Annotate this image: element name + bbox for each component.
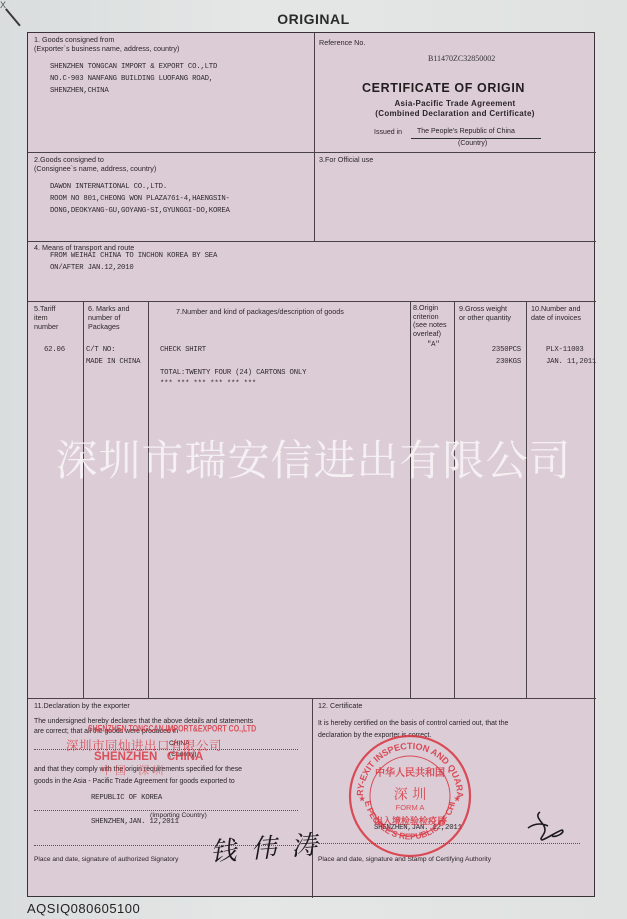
divider (454, 301, 455, 698)
divider (410, 301, 411, 698)
consignee-line-2: ROOM NO 801,CHEONG WON PLAZA761-4,HAENGS… (50, 194, 230, 206)
exporter-signature-caption: Place and date, signature of authorized … (34, 856, 178, 863)
issued-in-label: Issued in (374, 129, 402, 136)
divider (526, 301, 527, 698)
box1-label-line1: 1. Goods consigned from (34, 35, 114, 44)
divider (28, 152, 314, 153)
consignee-line-3: DONG,DEOKYANG-GU,GOYANG-SI,GYUNGGI-DO,KO… (50, 206, 230, 218)
col7-header: 7.Number and kind of packages/descriptio… (176, 307, 344, 316)
certificate-subtitle-2: (Combined Declaration and Certificate) (314, 109, 596, 119)
transport-line-1: FROM WEIHAI CHINA TO INCHON KOREA BY SEA (50, 251, 217, 263)
dotted-line (34, 810, 298, 811)
seal-form: FORM A (396, 803, 425, 812)
authority-signature-icon (526, 808, 570, 844)
original-heading: ORIGINAL (0, 11, 627, 27)
box2-label-line2: (Consignee`s name, address, country) (34, 164, 156, 173)
invoice-number-date: PLX-11003 JAN. 11,2011 (546, 345, 596, 368)
gross-weight: 2350PCS 230KGS (481, 345, 521, 368)
marks-value: C/T NO: MADE IN CHINA (86, 345, 140, 368)
origin-criterion: "A" (427, 340, 440, 352)
exporter-place-date: SHENZHEN,JAN. 12,2011 (91, 817, 179, 829)
divider (148, 301, 149, 698)
col8-header: 8.Origin criterion (see notes overleaf) (413, 304, 447, 338)
seal-inner-bottom: 出入境检验检疫局 (374, 815, 446, 827)
transport-line-2: ON/AFTER JAN.12,2010 (50, 263, 134, 275)
exporter-stamp-line1: SHENZHEN TONGCAN IMPORT&EXPORT CO.,LTD (88, 725, 256, 734)
goods-asterisks: *** *** *** *** *** *** (160, 379, 256, 391)
col6-header: 6. Marks and number of Packages (88, 304, 130, 331)
col5-header: 5.Tariff item number (34, 304, 58, 331)
col10-header: 10.Number and date of invoices (531, 304, 581, 322)
importing-country: REPUBLIC OF KOREA (91, 793, 162, 805)
divider (314, 33, 315, 241)
exporter-stamp-line4: 中 国 深 圳 (101, 762, 163, 778)
reference-label: Reference No. (319, 38, 365, 47)
svg-text:★: ★ (359, 795, 366, 803)
col9-header: 9.Gross weight or other quantity (459, 304, 511, 322)
consignee-line-1: DAWON INTERNATIONAL CO.,LTD. (50, 182, 167, 194)
certificate-subtitle-1: Asia-Pacific Trade Agreement (314, 99, 596, 109)
company-watermark: 深圳市瑞安信进出有限公司 (0, 428, 627, 488)
exporter-line-3: SHENZHEN,CHINA (50, 86, 109, 98)
official-seal-icon: SHENZHEN ENTRY-EXIT INSPECTION AND QUARA… (347, 733, 473, 859)
box12-label: 12. Certificate (318, 701, 362, 710)
aqsiq-code: AQSIQ080605100 (27, 901, 140, 916)
issued-in-country: The People's Republic of China (417, 128, 515, 135)
divider (83, 301, 84, 698)
divider (28, 301, 596, 302)
box2-label-line1: 2.Goods consigned to (34, 155, 104, 164)
tariff-number: 62.06 (44, 345, 65, 357)
seal-inner-top: 中华人民共和国 (375, 766, 445, 779)
goods-description: CHECK SHIRT (160, 345, 206, 357)
certificate-text-1: It is hereby certified on the basis of c… (318, 719, 508, 729)
divider (314, 152, 596, 153)
reference-number: B11470ZC32850002 (428, 54, 495, 63)
seal-center: 深 圳 (394, 787, 426, 803)
box3-label: 3.For Official use (319, 155, 373, 164)
exporter-line-1: SHENZHEN TONGCAN IMPORT & EXPORT CO.,LTD (50, 62, 217, 74)
issued-in-underline (411, 138, 541, 139)
declaration-text-4: goods in the Asia - Pacific Trade Agreem… (34, 777, 235, 787)
box1-label-line2: (Exporter`s business name, address, coun… (34, 44, 179, 53)
goods-total: TOTAL:TWENTY FOUR (24) CARTONS ONLY (160, 368, 306, 380)
svg-text:★: ★ (454, 795, 461, 803)
divider (28, 241, 596, 242)
exporter-line-2: NO.C-903 NANFANG BUILDING LUOFANG ROAD, (50, 74, 213, 86)
country-caption: (Country) (458, 140, 487, 147)
certificate-title: CERTIFICATE OF ORIGIN (362, 81, 525, 95)
exporter-signature: 钱 伟 涛 (209, 824, 322, 869)
divider (312, 698, 313, 898)
box11-label: 11.Declaration by the exporter (34, 701, 130, 710)
